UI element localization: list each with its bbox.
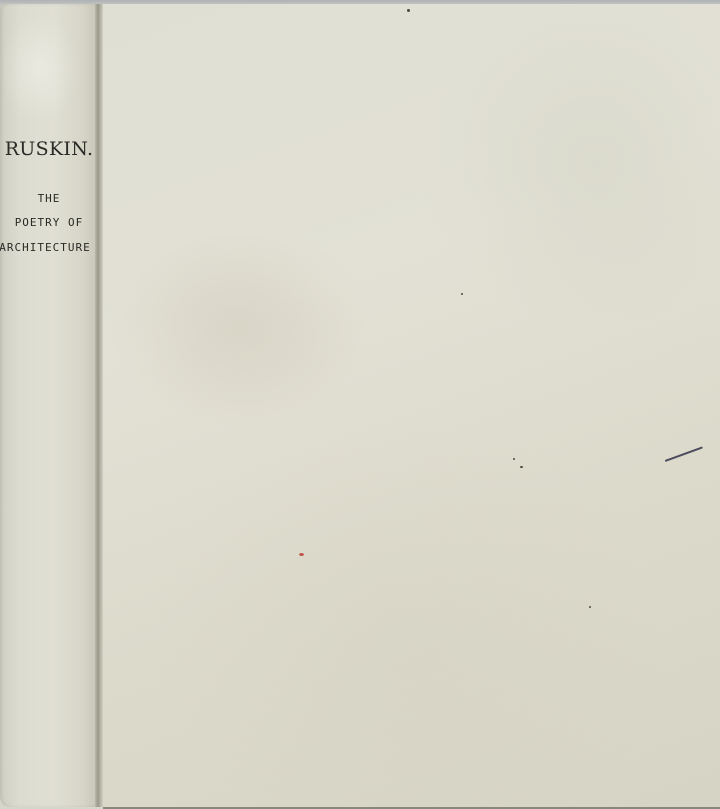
spine-title-line-3: ARCHITECTURE [0, 241, 94, 254]
red-spot [299, 553, 304, 556]
spine-author: RUSKIN. [0, 138, 98, 160]
book: RUSKIN. THE POETRY OF ARCHITECTURE [0, 4, 720, 807]
blemish [520, 466, 523, 468]
spine-hinge [95, 4, 103, 807]
blemish [513, 458, 515, 460]
book-photo: RUSKIN. THE POETRY OF ARCHITECTURE [0, 0, 720, 809]
blemish [461, 293, 463, 295]
blemish [589, 606, 591, 608]
front-board [103, 4, 720, 809]
book-spine: RUSKIN. THE POETRY OF ARCHITECTURE [0, 4, 98, 807]
blemish [407, 9, 410, 12]
spine-title-line-1: THE [0, 192, 98, 205]
spine-title-line-2: POETRY OF [0, 216, 98, 229]
